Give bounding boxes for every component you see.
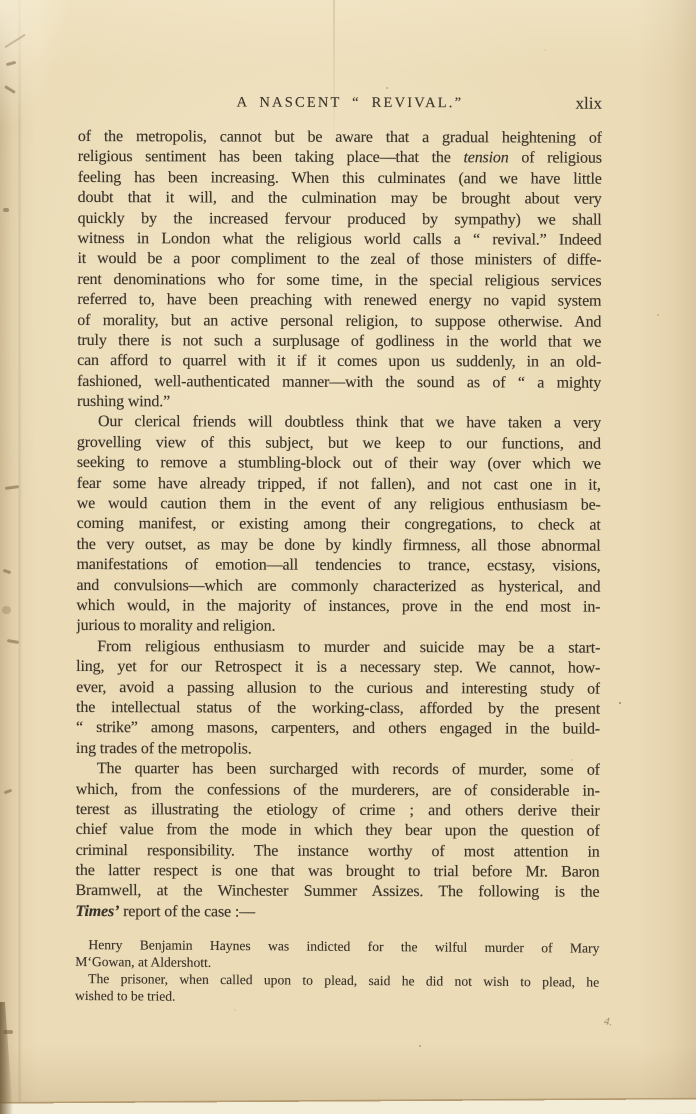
text-line: rushing wind.” [77, 392, 601, 414]
text-line: Bramwell, at the Winchester Summer Assiz… [75, 881, 599, 903]
text-line: seeking to remove a stumbling-block out … [77, 453, 601, 475]
text-line: The quarter has been surcharged with rec… [76, 759, 600, 781]
text-line: From religious enthusiasm to murder and … [76, 637, 600, 659]
text-line: the very outset, as may be done by kindl… [77, 535, 601, 557]
text-line: chief value from the mode in which they … [76, 820, 600, 842]
binding-mark [5, 485, 19, 490]
scanned-book-page: A NASCENT “ REVIVAL.” xlix of the metrop… [0, 0, 696, 1114]
text-line: coming manifest, or existing among their… [77, 514, 601, 536]
text-line: fear some have already tripped, if not f… [77, 474, 601, 496]
text-line: terest as illustrating the etiology of c… [76, 800, 600, 822]
text-line: ever, avoid a passing allusion to the cu… [76, 678, 600, 700]
text-line: referred to, have been preaching with re… [77, 290, 601, 312]
page-bottom-edge [0, 1098, 696, 1114]
margin-pencil-mark: 4. [603, 1015, 613, 1028]
text-line: feeling has been increasing. When this c… [78, 168, 602, 190]
report-excerpt-block: Henry Benjamin Haynes was indicted for t… [75, 936, 599, 1008]
text-line: “ strike” among masons, carpenters, and … [76, 718, 600, 740]
running-header: A NASCENT “ REVIVAL.” xlix [78, 94, 602, 116]
page-content: A NASCENT “ REVIVAL.” xlix of the metrop… [75, 94, 602, 1007]
main-text-block: of the metropolis, cannot but be aware t… [75, 127, 601, 924]
text-line: criminal responsibility. The instance wo… [76, 841, 600, 863]
binding-mark [4, 789, 13, 795]
text-line: we would caution them in the event of an… [77, 494, 601, 516]
text-line: truly there is not such a surplusage of … [77, 331, 601, 353]
text-line: witness in London what the religious wor… [78, 229, 602, 251]
text-line: Times’ report of the case :— [75, 902, 599, 924]
text-line: ing trades of the metropolis. [76, 739, 600, 761]
text-line: religious sentiment has been taking plac… [78, 147, 602, 169]
text-line: quickly by the increased fervour produce… [78, 209, 602, 231]
binding-mark [7, 639, 19, 644]
text-line: which would, in the majority of instance… [76, 596, 600, 618]
binding-mark [3, 208, 9, 212]
text-line: grovelling view of this subject, but we … [77, 433, 601, 455]
text-line: jurious to morality and religion. [76, 616, 600, 638]
text-line: wished to be tried. [75, 987, 599, 1008]
text-line: of the metropolis, cannot but be aware t… [78, 127, 602, 149]
text-line: which, from the confessions of the murde… [76, 779, 600, 801]
text-line: it would be a poor compliment to the zea… [77, 249, 601, 271]
text-line: ling, yet for our Retrospect it is a nec… [76, 657, 600, 679]
text-line: Our clerical friends will doubtless thin… [77, 412, 601, 434]
page-surface: A NASCENT “ REVIVAL.” xlix of the metrop… [0, 0, 696, 1114]
text-line: manifestations of emotion—all tendencies… [76, 555, 600, 577]
text-line: the intellectual status of the working-c… [76, 698, 600, 720]
binding-mark [3, 569, 12, 574]
text-line: doubt that it will, and the culmination … [78, 188, 602, 210]
text-line: can afford to quarrel with it if it come… [77, 351, 601, 373]
text-line: fashioned, well-authenticated manner—wit… [77, 372, 601, 394]
text-line: the latter respect is one that was broug… [76, 861, 600, 883]
binding-mark [2, 606, 11, 614]
page-number: xlix [575, 94, 602, 114]
text-line: of morality, but an active personal reli… [77, 311, 601, 333]
text-line: rent denominations who for some time, in… [77, 270, 601, 292]
page-title: A NASCENT “ REVIVAL.” [237, 94, 464, 112]
spine-shadow [0, 1002, 13, 1114]
text-line: and convulsions—which are commonly chara… [76, 576, 600, 598]
